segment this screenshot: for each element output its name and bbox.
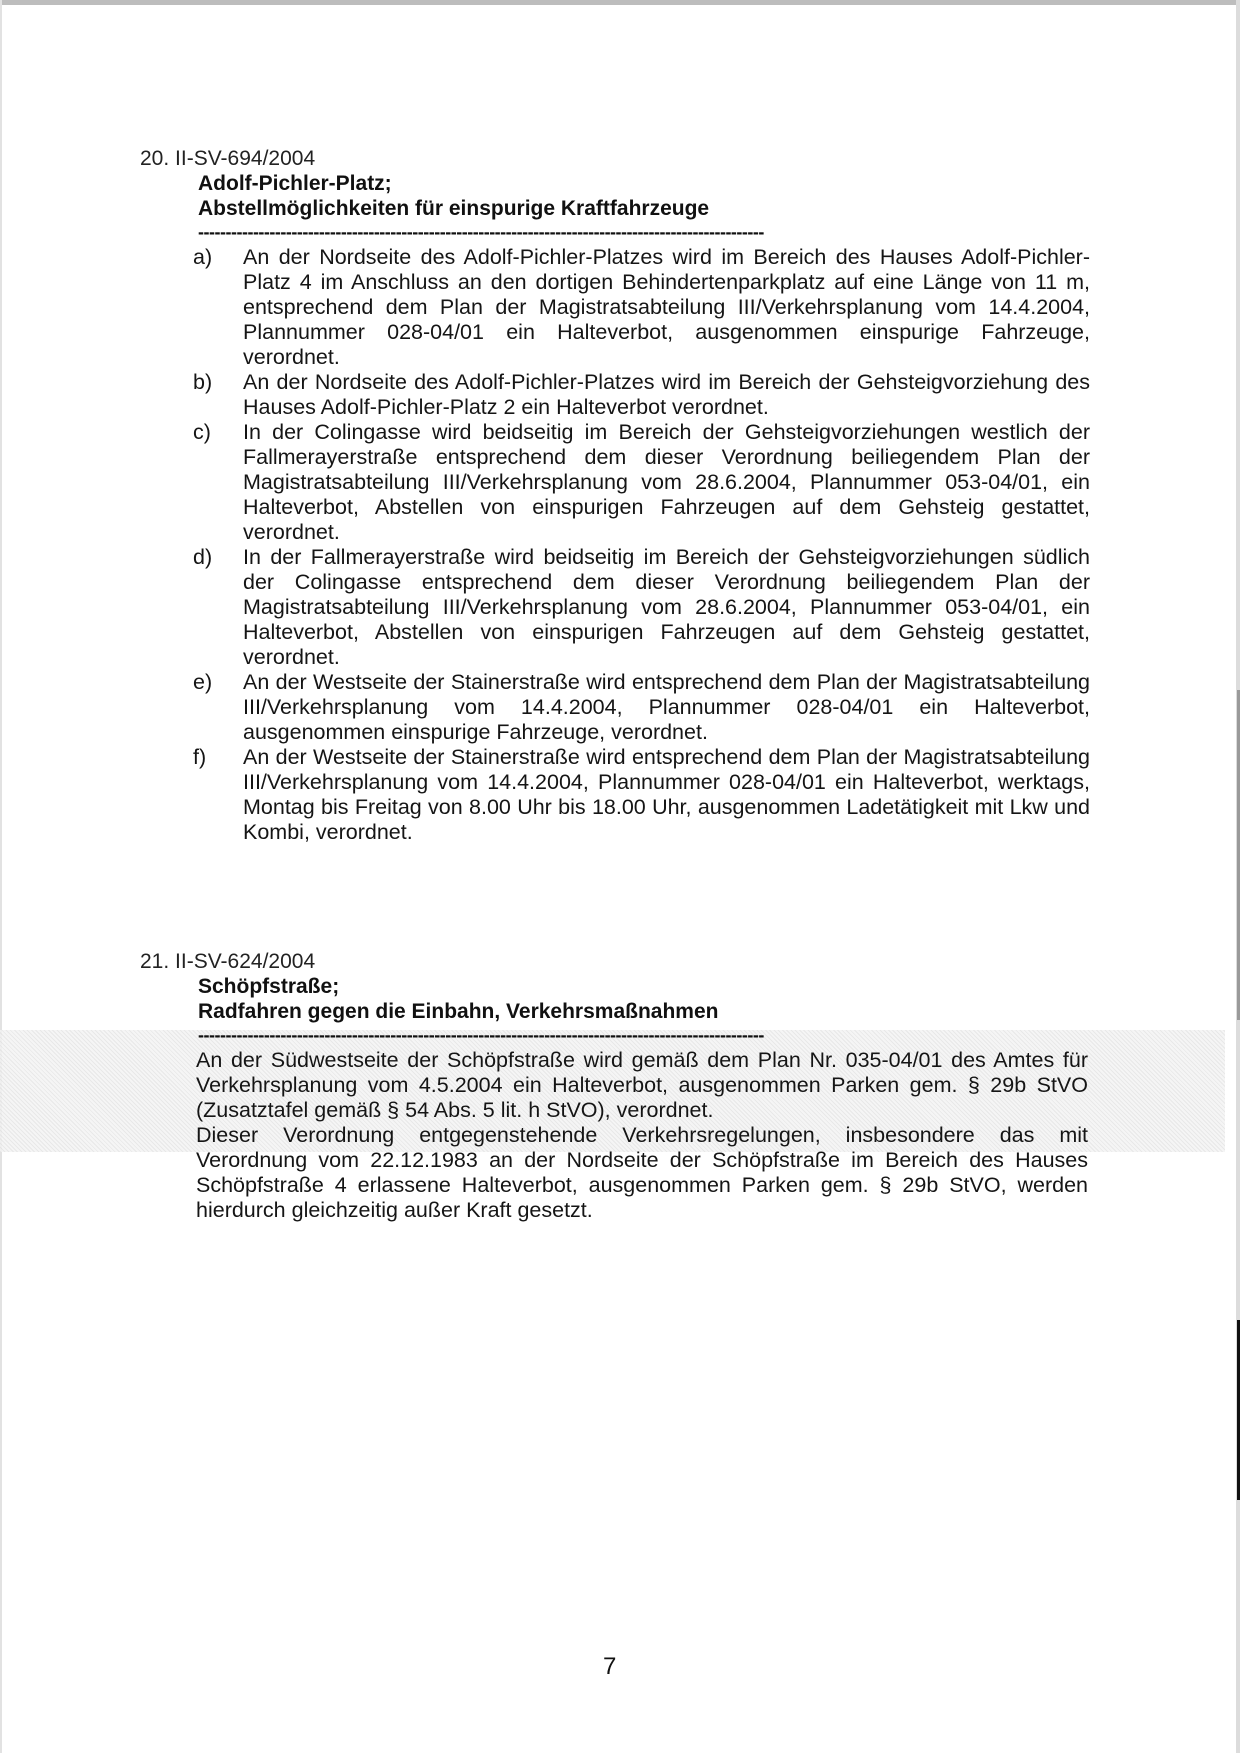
section-title-line2: Radfahren gegen die Einbahn, Verkehrsmaß… xyxy=(198,1000,718,1024)
section-title-line1: Adolf-Pichler-Platz; xyxy=(198,172,392,196)
item-label: d) xyxy=(193,545,243,670)
scan-edge-top xyxy=(0,0,1240,5)
dashed-rule: ----------------------------------------… xyxy=(198,222,854,242)
item-text: An der Nordseite des Adolf-Pichler-Platz… xyxy=(243,370,1090,420)
item-label: f) xyxy=(193,745,243,845)
item-label: b) xyxy=(193,370,243,420)
list-item: d) In der Fallmerayerstraße wird beidsei… xyxy=(193,545,1090,670)
list-item: e) An der Westseite der Stainerstraße wi… xyxy=(193,670,1090,745)
item-text: In der Fallmerayerstraße wird beidseitig… xyxy=(243,545,1090,670)
dashed-rule: ----------------------------------------… xyxy=(198,1025,864,1045)
list-item: b) An der Nordseite des Adolf-Pichler-Pl… xyxy=(193,370,1090,420)
page-number: 7 xyxy=(603,1653,616,1681)
paragraph: Dieser Verordnung entgegenstehende Verke… xyxy=(196,1123,1088,1223)
list-item: c) In der Colingasse wird beidseitig im … xyxy=(193,420,1090,545)
item-text: An der Westseite der Stainerstraße wird … xyxy=(243,670,1090,745)
item-text: An der Nordseite des Adolf-Pichler-Platz… xyxy=(243,245,1090,370)
paragraph: An der Südwestseite der Schöpfstraße wir… xyxy=(196,1048,1088,1123)
item-text: An der Westseite der Stainerstraße wird … xyxy=(243,745,1090,845)
item-label: e) xyxy=(193,670,243,745)
paragraph-block: An der Südwestseite der Schöpfstraße wir… xyxy=(196,1048,1088,1223)
list-item: f) An der Westseite der Stainerstraße wi… xyxy=(193,745,1090,845)
item-text: In der Colingasse wird beidseitig im Ber… xyxy=(243,420,1090,545)
item-list: a) An der Nordseite des Adolf-Pichler-Pl… xyxy=(193,245,1090,845)
list-item: a) An der Nordseite des Adolf-Pichler-Pl… xyxy=(193,245,1090,370)
scan-edge-left xyxy=(0,0,2,1753)
section-title-line2: Abstellmöglichkeiten für einspurige Kraf… xyxy=(198,197,709,221)
item-label: a) xyxy=(193,245,243,370)
section-number: 21. II-SV-624/2004 xyxy=(140,950,315,974)
section-number: 20. II-SV-694/2004 xyxy=(140,147,315,171)
item-label: c) xyxy=(193,420,243,545)
section-title-line1: Schöpfstraße; xyxy=(198,975,339,999)
